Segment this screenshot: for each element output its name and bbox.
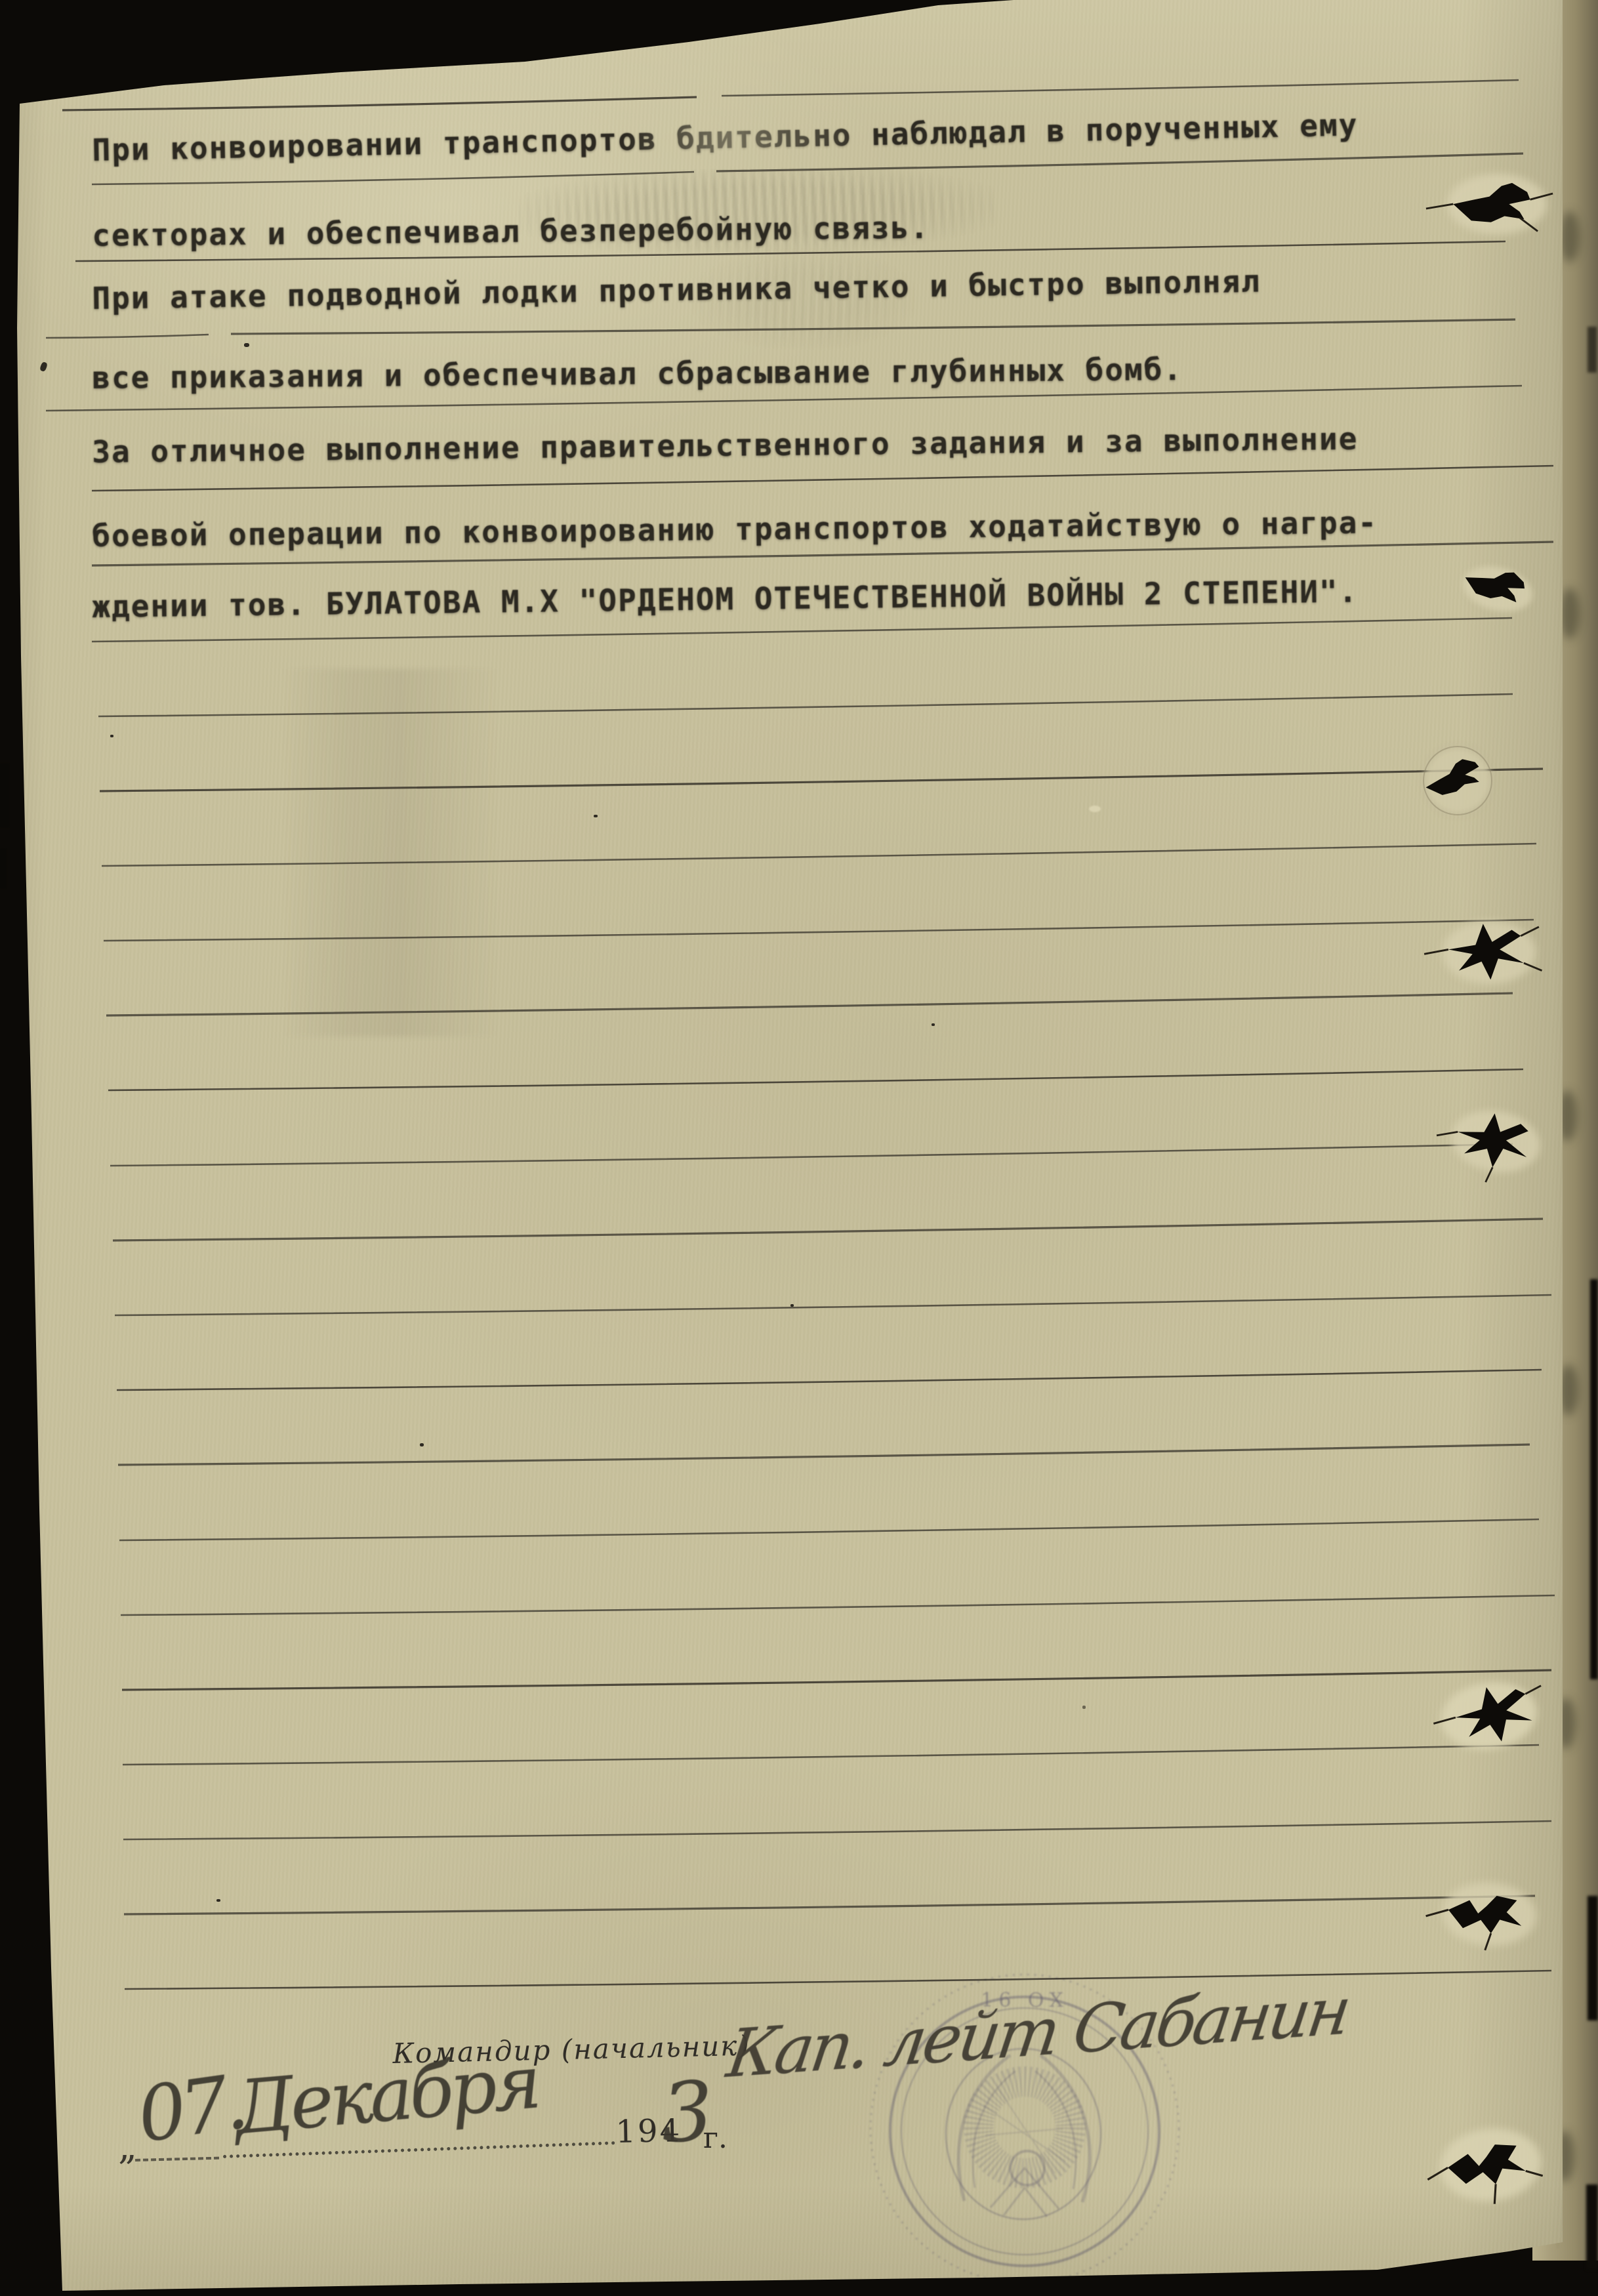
- ink-speck: [110, 735, 113, 737]
- ruled-line: [104, 920, 1534, 941]
- paper-fleck: [1089, 806, 1101, 812]
- ruled-line: [119, 1519, 1539, 1540]
- ruled-line: [108, 1069, 1523, 1090]
- crease-smudge: [1560, 211, 1580, 262]
- torn-edge-gap: [0, 850, 6, 888]
- crease-smudge: [1560, 588, 1580, 639]
- handwritten-day: 07.: [133, 2059, 248, 2160]
- ruled-line: [46, 335, 209, 338]
- ruled-line: [124, 1896, 1535, 1914]
- date-open-quote: „: [118, 2125, 137, 2168]
- ruled-lines: [0, 0, 1598, 2296]
- ruled-line: [123, 1745, 1539, 1765]
- ruled-line: [122, 1670, 1551, 1690]
- ink-speck: [790, 1304, 794, 1307]
- document-page: При конвоировании транспортов бдительно …: [0, 0, 1598, 2296]
- ink-speck: [216, 1899, 220, 1902]
- ruled-line: [716, 154, 1523, 171]
- ruled-line: [92, 172, 694, 184]
- ruled-line: [117, 1370, 1542, 1390]
- scan-edge-shadow: [1590, 1279, 1598, 1679]
- ruled-line: [110, 1144, 1513, 1166]
- ink-speck: [594, 815, 598, 817]
- ruled-line: [92, 466, 1553, 491]
- ruled-line: [118, 1445, 1530, 1465]
- ruled-line: [62, 97, 697, 110]
- ruled-line: [123, 1821, 1551, 1839]
- document-scan: При конвоировании транспортов бдительно …: [0, 0, 1598, 2296]
- ruled-line: [98, 694, 1513, 716]
- ruled-line: [722, 80, 1519, 96]
- ruled-line: [106, 993, 1513, 1015]
- scan-edge-shadow: [1588, 327, 1597, 373]
- ink-speck: [932, 1023, 935, 1026]
- ruled-line: [115, 1295, 1551, 1315]
- ink-speck: [420, 1443, 424, 1446]
- ink-speck: [1082, 1706, 1086, 1709]
- printed-year-suffix: г.: [703, 2122, 727, 2155]
- ruled-line: [121, 1595, 1555, 1615]
- scan-edge-shadow: [1588, 1896, 1598, 2020]
- ruled-line: [102, 844, 1536, 866]
- scan-edge-shadow: [1586, 2184, 1598, 2270]
- ruled-line: [231, 319, 1515, 334]
- torn-edge-gap: [0, 764, 9, 827]
- ruled-line: [100, 769, 1543, 791]
- ruled-line: [113, 1219, 1543, 1240]
- ink-speck: [244, 343, 249, 347]
